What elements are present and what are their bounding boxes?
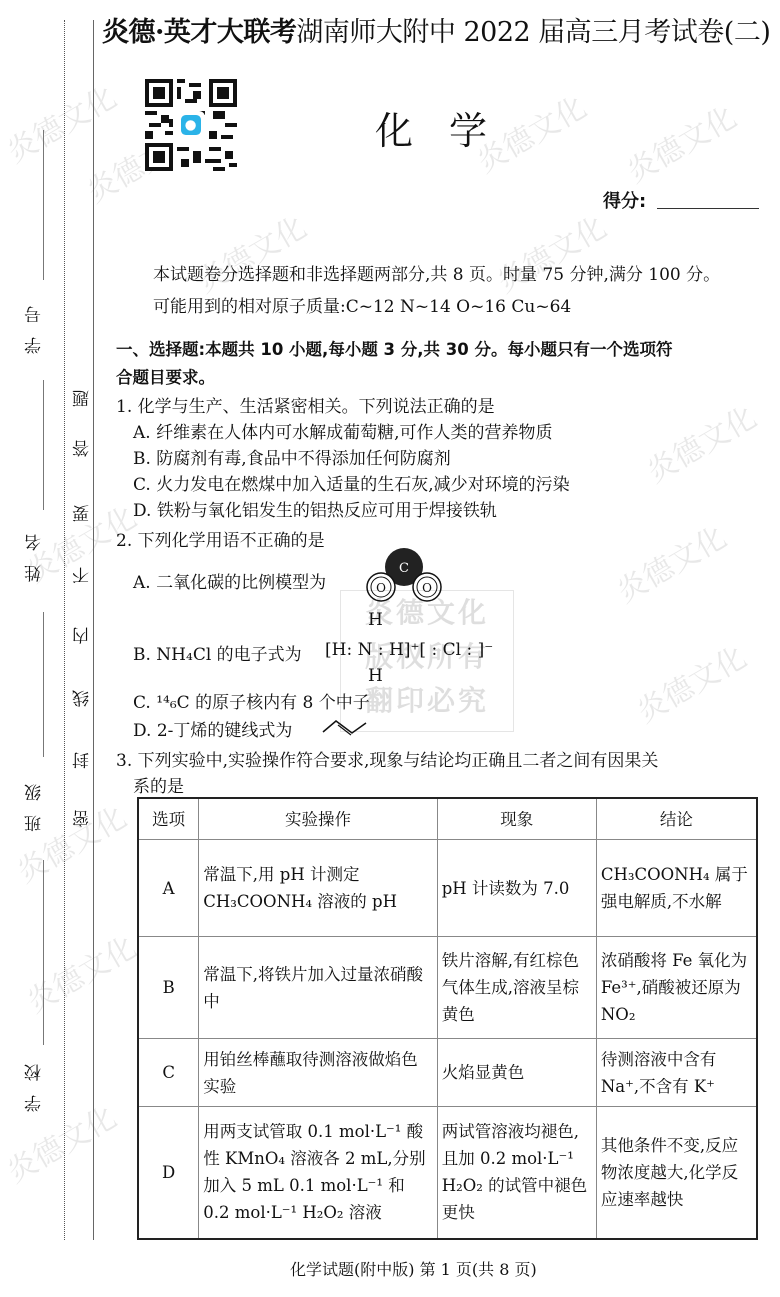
table-header-row: 选项 实验操作 现象 结论 [138,798,757,840]
q2-option-a: A. 二氧化碳的比例模型为 [133,568,326,593]
cell-option: A [138,840,199,937]
watermark: 炎德文化 [0,1093,123,1191]
page-footer: 化学试题(附中版) 第 1 页(共 8 页) [290,1257,537,1280]
section-heading-line-2: 合题目要求。 [116,364,215,388]
q1-option-b: B. 防腐剂有毒,食品中不得添加任何防腐剂 [133,444,451,469]
watermark: 炎德文化 [0,73,123,171]
watermark: 炎德文化 [487,203,613,301]
watermark: 炎德文化 [187,203,313,301]
seal-char: 封 [70,752,95,769]
cell-phenomenon: 火焰显黄色 [437,1039,596,1107]
cell-phenomenon: pH 计读数为 7.0 [437,840,596,937]
seal-char: 密 [70,810,95,827]
cell-operation: 用两支试管取 0.1 mol·L⁻¹ 酸性 KMnO₄ 溶液各 2 mL,分别加… [199,1107,437,1239]
q2-option-d: D. 2-丁烯的键线式为 [133,716,292,741]
section-heading-line-1: 一、选择题:本题共 10 小题,每小题 3 分,共 30 分。每小题只有一个选项… [116,336,673,360]
class-label: 班级 [22,770,47,832]
cell-conclusion: CH₃COONH₄ 属于强电解质,不水解 [596,840,757,937]
watermark: 炎德文化 [617,93,743,191]
q1-option-c: C. 火力发电在燃煤中加入适量的生石灰,减少对环境的污染 [133,470,570,495]
score-label: 得分: [603,187,646,213]
seal-char: 要 [70,505,95,522]
question-1-stem: 1. 化学与生产、生活紧密相关。下列说法正确的是 [116,392,495,417]
question-2-stem: 2. 下列化学用语不正确的是 [116,526,325,551]
cell-conclusion: 浓硝酸将 Fe 氧化为 Fe³⁺,硝酸被还原为 NO₂ [596,937,757,1039]
watermark: 炎德文化 [627,633,753,731]
title-brand: 炎德·英才大联考 [102,17,296,48]
q2-option-c: C. ¹⁴₆C 的原子核内有 8 个中子 [133,688,370,713]
intro-line-2: 可能用到的相对原子质量:C~12 N~14 O~16 Cu~64 [153,292,571,317]
cell-phenomenon: 两试管溶液均褪色,且加 0.2 mol·L⁻¹ H₂O₂ 的试管中褪色更快 [437,1107,596,1239]
title-rest: 湖南师大附中 2022 届高三月考试卷(二) [296,17,770,48]
svg-text:C: C [399,561,409,576]
seal-char: 内 [70,627,95,644]
cell-phenomenon: 铁片溶解,有红棕色气体生成,溶液呈棕黄色 [437,937,596,1039]
score-input-line[interactable] [657,208,759,209]
dotted-cut-line [64,20,65,1240]
subject-title: 化学 [375,100,523,155]
cell-option: C [138,1039,199,1107]
name-line [43,380,44,510]
cell-operation: 常温下,用 pH 计测定 CH₃COONH₄ 溶液的 pH [199,840,437,937]
table-row: D 用两支试管取 0.1 mol·L⁻¹ 酸性 KMnO₄ 溶液各 2 mL,分… [138,1107,757,1239]
seal-char: 线 [70,690,95,707]
table-row: B 常温下,将铁片加入过量浓硝酸中 铁片溶解,有红棕色气体生成,溶液呈棕黄色 浓… [138,937,757,1039]
seal-char: 题 [70,390,95,407]
watermark: 炎德文化 [607,513,733,611]
cell-operation: 用铂丝棒蘸取待测溶液做焰色实验 [199,1039,437,1107]
cell-conclusion: 其他条件不变,反应物浓度越大,化学反应速率越快 [596,1107,757,1239]
intro-line-1: 本试题卷分选择题和非选择题两部分,共 8 页。时量 75 分钟,满分 100 分… [153,260,720,285]
q2-option-b: B. NH₄Cl 的电子式为 [133,640,302,665]
exam-title: 炎德·英才大联考湖南师大附中 2022 届高三月考试卷(二) [102,10,770,49]
col-header-option: 选项 [138,798,199,840]
copyright-stamp: 炎德文化 版权所有 翻印必究 [340,590,514,732]
class-line [43,612,44,757]
question-3-stem-1: 3. 下列实验中,实验操作符合要求,现象与结论均正确且二者之间有因果关 [116,746,658,771]
col-header-phenomenon: 现象 [437,798,596,840]
name-label: 姓名 [22,520,47,582]
qr-code-icon[interactable] [145,79,237,171]
cell-option: B [138,937,199,1039]
table-row: C 用铂丝棒蘸取待测溶液做焰色实验 火焰显黄色 待测溶液中含有 Na⁺,不含有 … [138,1039,757,1107]
student-id-line [43,130,44,280]
question-3-stem-2: 系的是 [133,772,184,797]
watermark: 炎德文化 [637,393,763,491]
cell-option: D [138,1107,199,1239]
seal-char: 不 [70,567,95,584]
student-id-label: 学号 [22,292,47,354]
col-header-operation: 实验操作 [199,798,437,840]
cell-conclusion: 待测溶液中含有 Na⁺,不含有 K⁺ [596,1039,757,1107]
table-row: A 常温下,用 pH 计测定 CH₃COONH₄ 溶液的 pH pH 计读数为 … [138,840,757,937]
watermark: 炎德文化 [17,923,143,1021]
col-header-conclusion: 结论 [596,798,757,840]
cell-operation: 常温下,将铁片加入过量浓硝酸中 [199,937,437,1039]
q1-option-a: A. 纤维素在人体内可水解成葡萄糖,可作人类的营养物质 [133,418,553,443]
school-line [43,860,44,1045]
seal-char: 答 [70,440,95,457]
school-label: 学校 [22,1050,47,1112]
q1-option-d: D. 铁粉与氧化铝发生的铝热反应可用于焊接铁轨 [133,496,497,521]
experiment-table: 选项 实验操作 现象 结论 A 常温下,用 pH 计测定 CH₃COONH₄ 溶… [137,797,758,1240]
